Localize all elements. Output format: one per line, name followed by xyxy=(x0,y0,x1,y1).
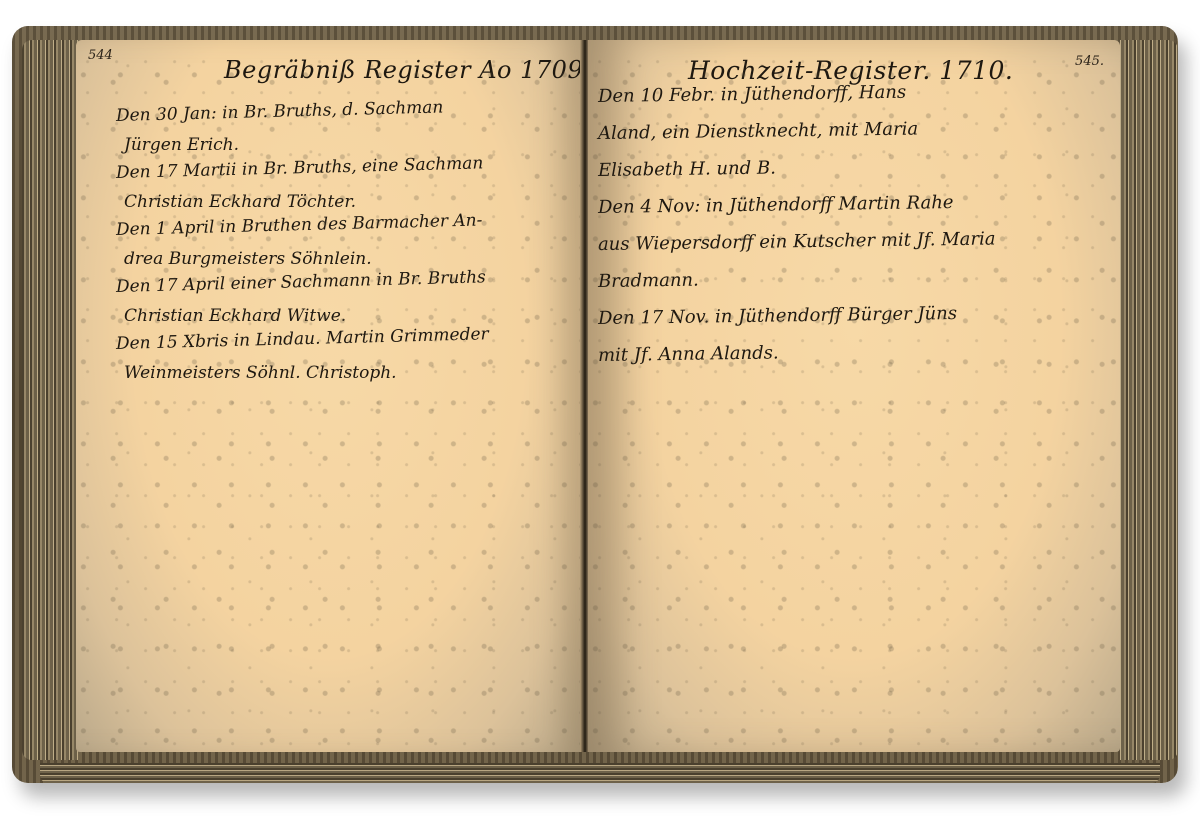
page-edge-bottom xyxy=(40,763,1160,783)
page-edge-left xyxy=(22,40,78,760)
entry-line: Aland, ein Dienstknecht, mit Maria xyxy=(598,109,996,152)
entry-line: aus Wiepersdorff ein Kutscher mit Jf. Ma… xyxy=(598,220,996,263)
book-photo: 544 Begräbniß Register Ao 1709 Den 30 Ja… xyxy=(0,0,1200,821)
wedding-entries: Den 10 Febr. in Jüthendorff, Hans Aland,… xyxy=(598,78,996,374)
entry-line: mit Jf. Anna Alands. xyxy=(598,331,996,374)
entry-line: Weinmeisters Söhnl. Christoph. xyxy=(116,359,489,388)
right-page: 545. Hochzeit-Register. 1710. Den 10 Feb… xyxy=(588,40,1120,752)
entry-line: Den 17 Nov. in Jüthendorff Bürger Jüns xyxy=(598,294,996,337)
entry-line: Den 30 Jan: in Br. Bruths, d. Sachman xyxy=(116,92,489,130)
entry-line: Bradmann. xyxy=(598,257,996,300)
page-number-left: 544 xyxy=(88,48,113,63)
entry-line: Den 4 Nov: in Jüthendorff Martin Rahe xyxy=(598,183,996,226)
page-number-right: 545. xyxy=(1075,54,1104,69)
left-page: 544 Begräbniß Register Ao 1709 Den 30 Ja… xyxy=(76,40,582,752)
entry-line: Elisabeth H. und B. xyxy=(598,146,996,189)
burial-register-heading: Begräbniß Register Ao 1709 xyxy=(224,56,582,84)
entry-line: Den 10 Febr. in Jüthendorff, Hans xyxy=(598,72,996,115)
burial-entries: Den 30 Jan: in Br. Bruths, d. Sachman Jü… xyxy=(116,102,489,387)
page-edge-right xyxy=(1120,40,1178,760)
